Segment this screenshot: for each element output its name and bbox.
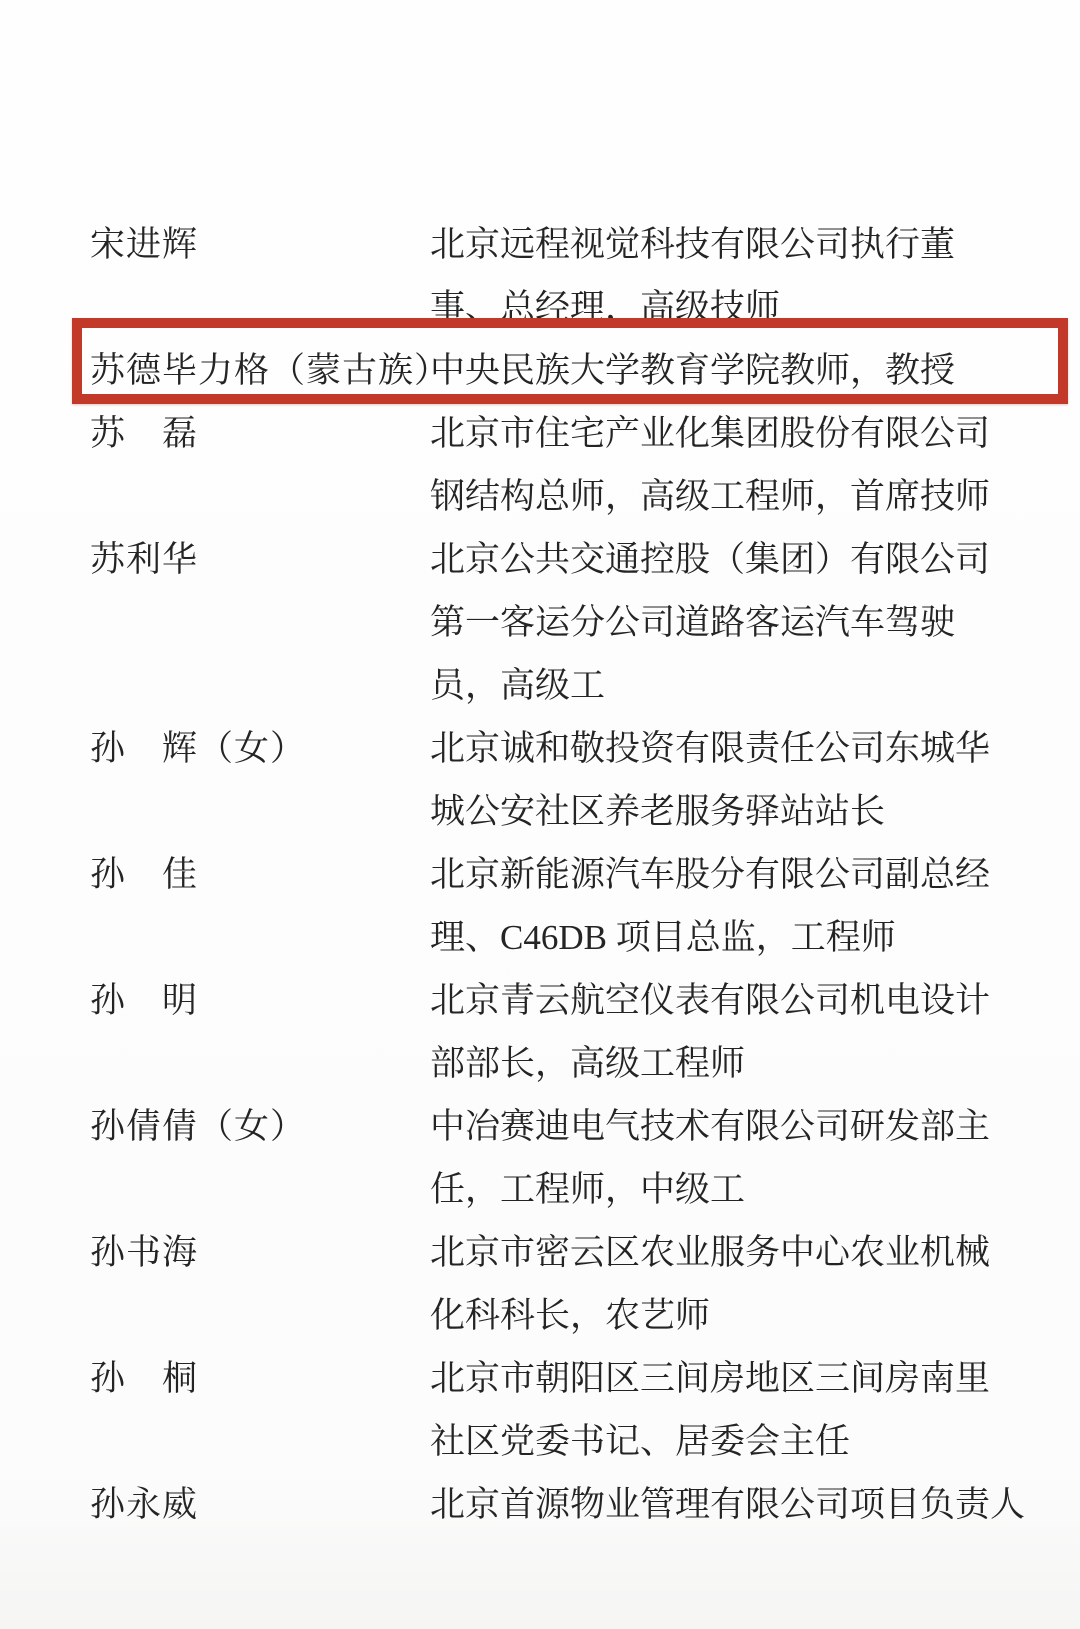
person-title-line: 城公安社区养老服务驿站站长 bbox=[430, 780, 1040, 843]
table-row: 宋进辉 北京远程视觉科技有限公司执行董事、总经理，高级技师 bbox=[0, 213, 1080, 339]
table-row: 苏利华 北京公共交通控股（集团）有限公司第一客运分公司道路客运汽车驾驶员，高级工 bbox=[0, 528, 1080, 717]
person-title: 北京公共交通控股（集团）有限公司第一客运分公司道路客运汽车驾驶员，高级工 bbox=[430, 528, 1040, 717]
person-title-line: 部部长，高级工程师 bbox=[430, 1032, 1040, 1095]
person-name: 宋进辉 bbox=[90, 213, 430, 276]
person-name: 孙书海 bbox=[90, 1221, 430, 1284]
person-name: 孙永威 bbox=[90, 1473, 430, 1536]
person-title: 北京市朝阳区三间房地区三间房南里社区党委书记、居委会主任 bbox=[430, 1347, 1040, 1473]
table-row: 孙 桐 北京市朝阳区三间房地区三间房南里社区党委书记、居委会主任 bbox=[0, 1347, 1080, 1473]
person-title-line: 北京市住宅产业化集团股份有限公司 bbox=[430, 402, 1040, 465]
person-name: 孙 佳 bbox=[90, 843, 430, 906]
table-row: 苏 磊 北京市住宅产业化集团股份有限公司钢结构总师，高级工程师，首席技师 bbox=[0, 402, 1080, 528]
person-title-line: 钢结构总师，高级工程师，首席技师 bbox=[430, 465, 1040, 528]
person-title-line: 任，工程师，中级工 bbox=[430, 1158, 1040, 1221]
person-title-line: 员，高级工 bbox=[430, 654, 1040, 717]
person-title: 北京新能源汽车股分有限公司副总经理、C46DB 项目总监，工程师 bbox=[430, 843, 1040, 969]
person-title: 北京远程视觉科技有限公司执行董事、总经理，高级技师 bbox=[430, 213, 1040, 339]
person-title-line: 理、C46DB 项目总监，工程师 bbox=[430, 906, 1040, 969]
person-title: 中冶赛迪电气技术有限公司研发部主任，工程师，中级工 bbox=[430, 1095, 1040, 1221]
table-row: 孙 辉（女） 北京诚和敬投资有限责任公司东城华城公安社区养老服务驿站站长 bbox=[0, 717, 1080, 843]
person-name: 苏利华 bbox=[90, 528, 430, 591]
person-title: 中央民族大学教育学院教师，教授 bbox=[430, 339, 1040, 402]
person-title-line: 第一客运分公司道路客运汽车驾驶 bbox=[430, 591, 1040, 654]
table-row: 孙 明 北京青云航空仪表有限公司机电设计部部长，高级工程师 bbox=[0, 969, 1080, 1095]
table-row: 孙书海 北京市密云区农业服务中心农业机械化科科长，农艺师 bbox=[0, 1221, 1080, 1347]
person-title: 北京诚和敬投资有限责任公司东城华城公安社区养老服务驿站站长 bbox=[430, 717, 1040, 843]
person-title-line: 事、总经理，高级技师 bbox=[430, 276, 1040, 339]
person-title: 北京市密云区农业服务中心农业机械化科科长，农艺师 bbox=[430, 1221, 1040, 1347]
person-title-line: 化科科长，农艺师 bbox=[430, 1284, 1040, 1347]
person-title-line: 北京新能源汽车股分有限公司副总经 bbox=[430, 843, 1040, 906]
person-title: 北京青云航空仪表有限公司机电设计部部长，高级工程师 bbox=[430, 969, 1040, 1095]
person-title-line: 北京市朝阳区三间房地区三间房南里 bbox=[430, 1347, 1040, 1410]
person-name: 苏德毕力格（蒙古族） bbox=[90, 339, 430, 402]
person-title-line: 北京首源物业管理有限公司项目负责人 bbox=[430, 1473, 1040, 1536]
person-name: 孙倩倩（女） bbox=[90, 1095, 430, 1158]
person-title-line: 北京诚和敬投资有限责任公司东城华 bbox=[430, 717, 1040, 780]
person-title-line: 中央民族大学教育学院教师，教授 bbox=[430, 339, 1040, 402]
person-name: 孙 明 bbox=[90, 969, 430, 1032]
table-row: 苏德毕力格（蒙古族） 中央民族大学教育学院教师，教授 bbox=[0, 339, 1080, 402]
roster-list: 宋进辉 北京远程视觉科技有限公司执行董事、总经理，高级技师 苏德毕力格（蒙古族）… bbox=[0, 213, 1080, 1536]
person-title-line: 北京公共交通控股（集团）有限公司 bbox=[430, 528, 1040, 591]
person-name: 苏 磊 bbox=[90, 402, 430, 465]
table-row: 孙 佳 北京新能源汽车股分有限公司副总经理、C46DB 项目总监，工程师 bbox=[0, 843, 1080, 969]
document-page: 宋进辉 北京远程视觉科技有限公司执行董事、总经理，高级技师 苏德毕力格（蒙古族）… bbox=[0, 0, 1080, 1629]
person-name: 孙 辉（女） bbox=[90, 717, 430, 780]
person-title-line: 社区党委书记、居委会主任 bbox=[430, 1410, 1040, 1473]
table-row: 孙永威 北京首源物业管理有限公司项目负责人 bbox=[0, 1473, 1080, 1536]
person-name: 孙 桐 bbox=[90, 1347, 430, 1410]
person-title: 北京市住宅产业化集团股份有限公司钢结构总师，高级工程师，首席技师 bbox=[430, 402, 1040, 528]
person-title-line: 北京市密云区农业服务中心农业机械 bbox=[430, 1221, 1040, 1284]
table-row: 孙倩倩（女） 中冶赛迪电气技术有限公司研发部主任，工程师，中级工 bbox=[0, 1095, 1080, 1221]
person-title-line: 北京青云航空仪表有限公司机电设计 bbox=[430, 969, 1040, 1032]
person-title-line: 北京远程视觉科技有限公司执行董 bbox=[430, 213, 1040, 276]
person-title-line: 中冶赛迪电气技术有限公司研发部主 bbox=[430, 1095, 1040, 1158]
person-title: 北京首源物业管理有限公司项目负责人 bbox=[430, 1473, 1040, 1536]
